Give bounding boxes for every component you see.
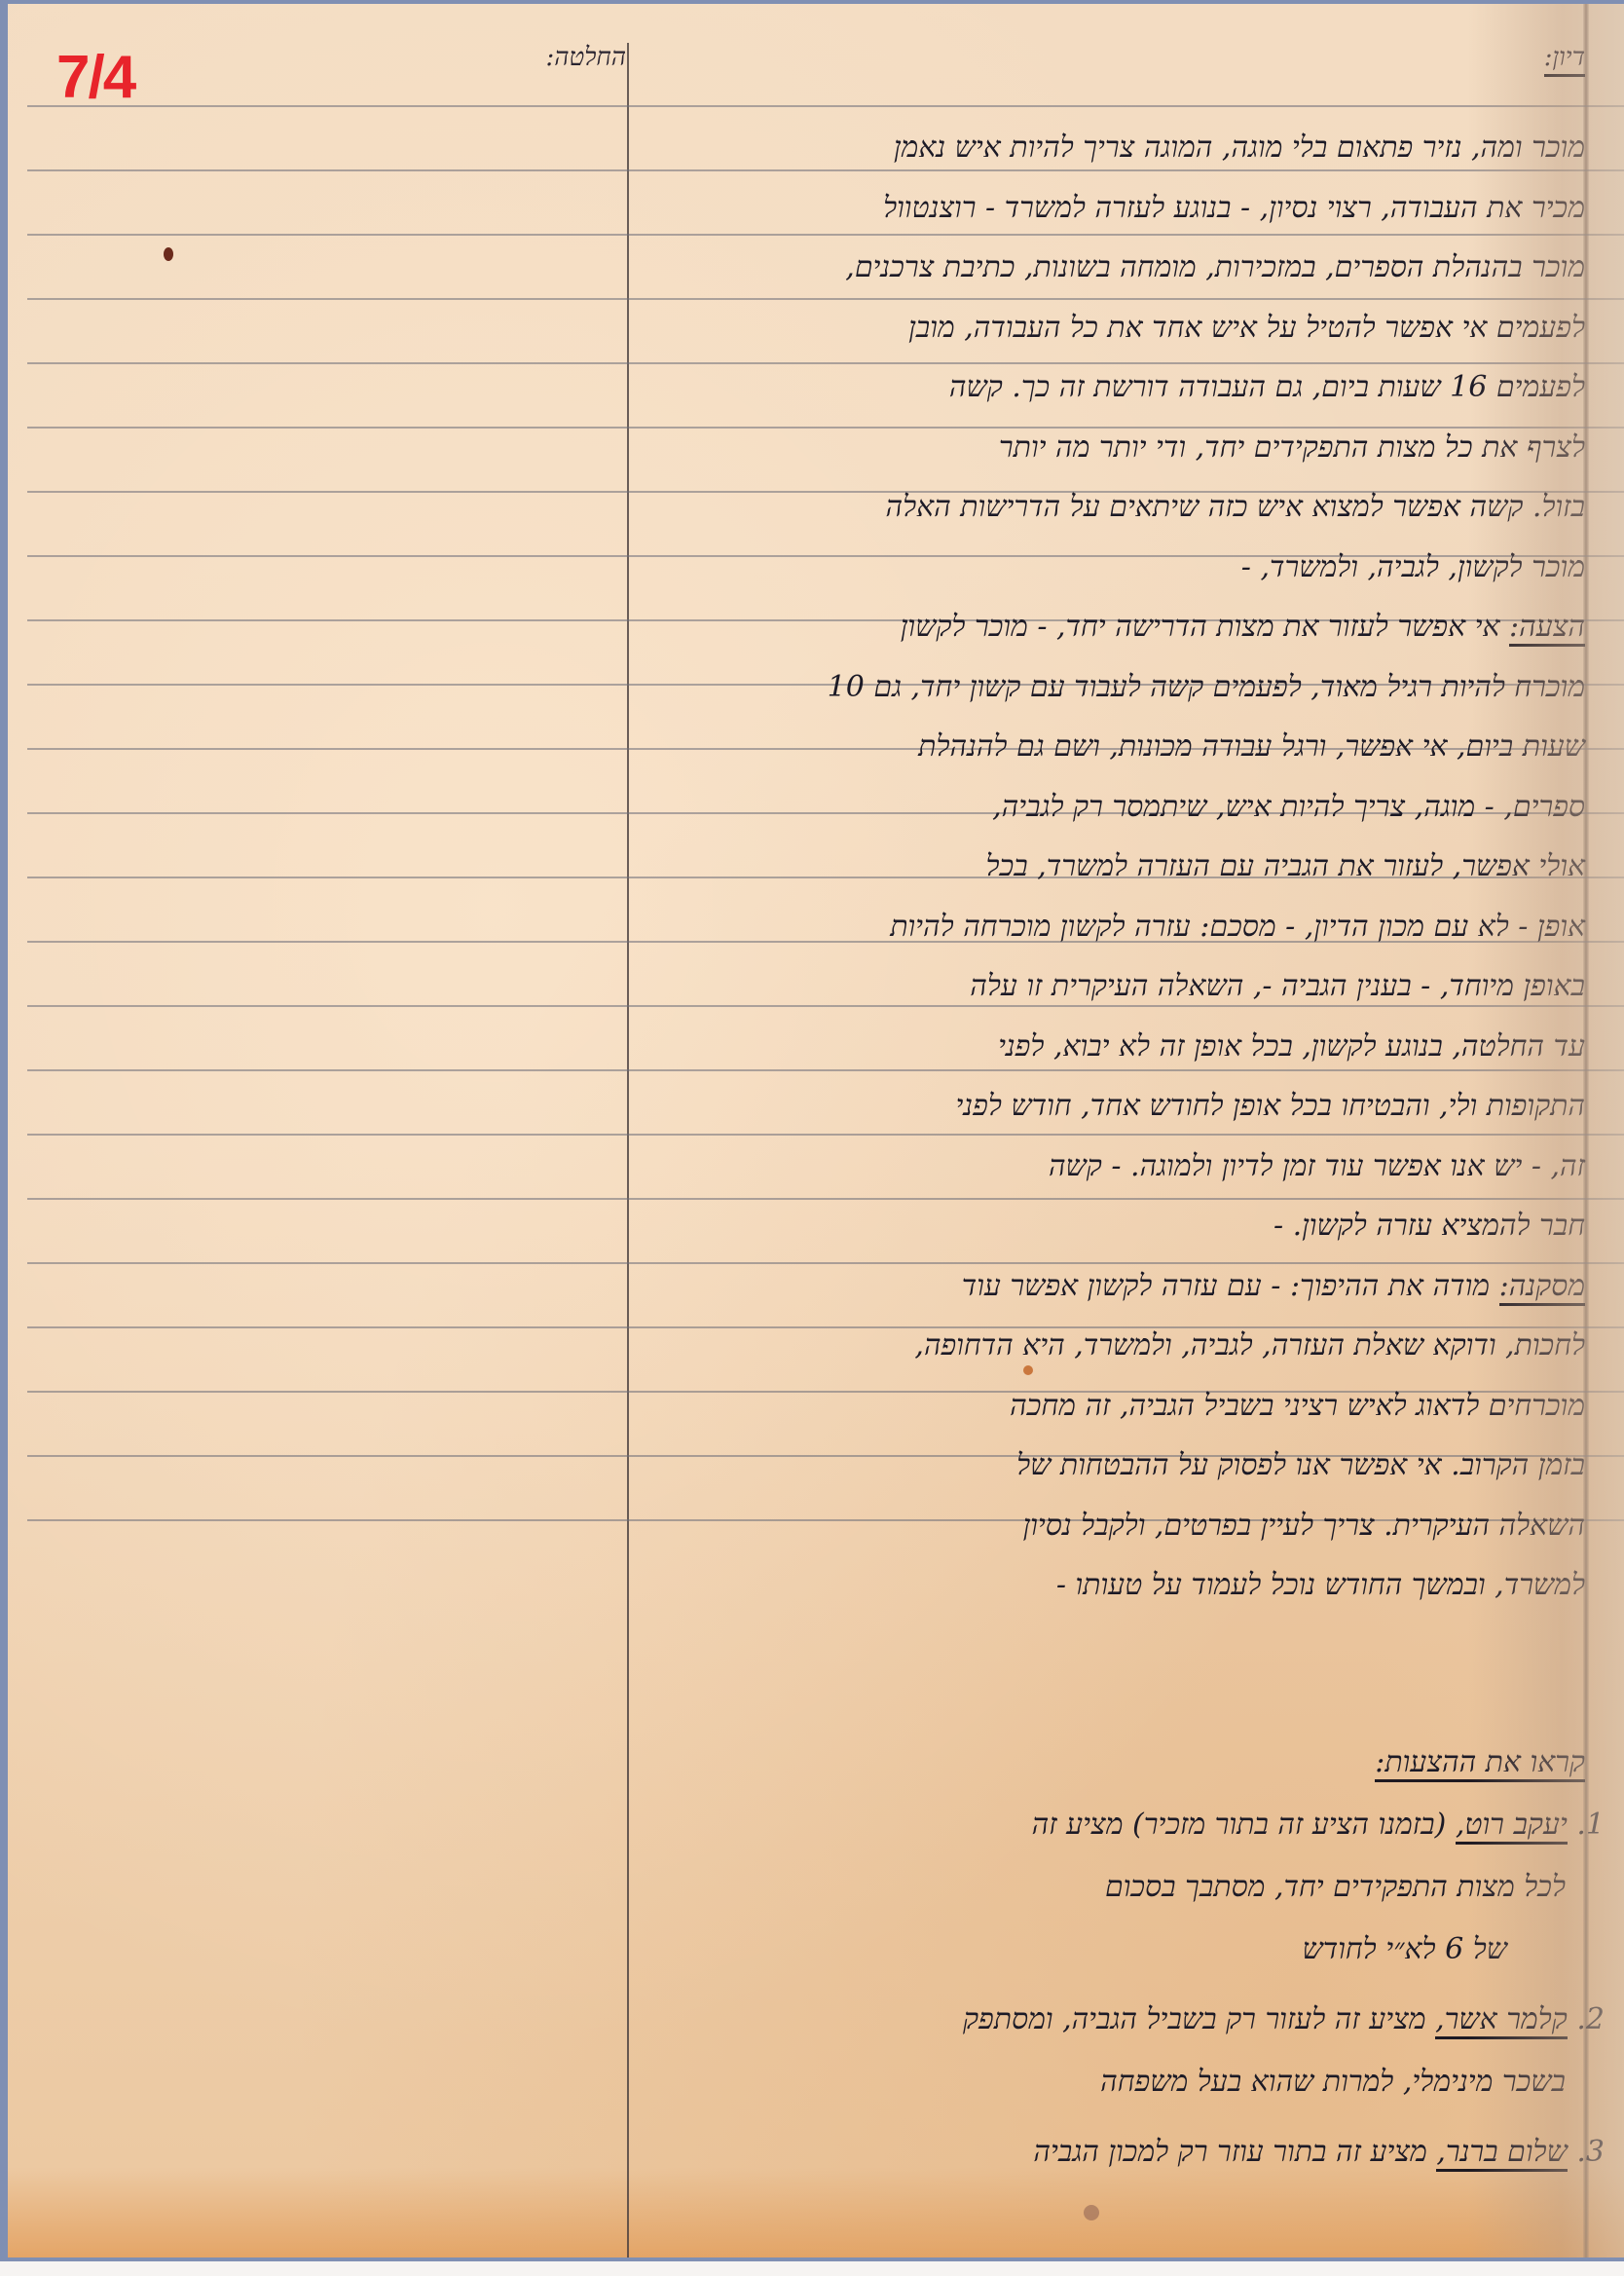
line-text: לצרף את כל מצות התפקידים יחד, ודי יותר מ… <box>999 430 1585 465</box>
handwritten-line: לפעמים 16 שעות ביום, גם העבודה דורשת זה … <box>611 368 1585 407</box>
handwritten-line: מוכרח להיות רגיל מאוד, לפעמים קשה לעבוד … <box>611 668 1585 707</box>
decision-column-header: החלטה: <box>495 43 626 72</box>
proposals-header-text: קראו את ההצעות: <box>1375 1745 1585 1782</box>
proposal-line: בשכר מינימלי, למרות שהוא בעל משפחה <box>1100 2063 1566 2102</box>
line-text: מוכרח להיות רגיל מאוד, לפעמים קשה לעבוד … <box>828 670 1585 704</box>
ruled-line <box>27 1198 1624 1200</box>
handwritten-line: מוכר לקשון, לגביה, ולמשרד, - <box>1241 548 1585 587</box>
line-text: מוכרחים לדאוג לאיש רציני בשביל הגביה, זה… <box>1010 1389 1585 1423</box>
proposal-number: 3. <box>1576 2135 1605 2169</box>
handwritten-line: מוכרחים לדאוג לאיש רציני בשביל הגביה, זה… <box>611 1387 1585 1426</box>
ruled-line <box>27 105 1624 107</box>
line-text: ספרים, - מוגה, צריך להיות איש, שיתמסר רק… <box>992 790 1585 824</box>
handwritten-line: באופן מיוחד, - בענין הגביה -, השאלה העיק… <box>611 967 1585 1006</box>
ruled-line <box>27 362 1624 364</box>
line-text: חבר להמציא עזרה לקשון. - <box>1273 1209 1585 1243</box>
line-text: שעות ביום, אי אפשר, ורגל עבודה מכונות, ו… <box>918 729 1585 764</box>
section-label: הצעה: <box>1509 610 1585 647</box>
handwritten-line: אולי אפשר, לעזור את הגביה עם העזרה למשרד… <box>611 847 1585 886</box>
line-text: השאלה העיקרית. צריך לעיין בפרטים, ולקבל … <box>1023 1509 1585 1543</box>
handwritten-line: הצעה: אי אפשר לעזור את מצות הדרישה יחד, … <box>611 608 1585 647</box>
ruled-line <box>27 234 1624 236</box>
line-text: מודה את ההיפוך: - עם עזרה לקשון אפשר עוד <box>962 1269 1490 1303</box>
ink-spot <box>1084 2205 1099 2220</box>
proposals-header: קראו את ההצעות: <box>1375 1743 1585 1782</box>
line-text: למשרד, ובמשך החודש נוכל לעמוד על טעותו - <box>1056 1568 1585 1602</box>
proposal-text: של 6 לא״י לחודש <box>1303 1932 1507 1966</box>
ink-spot <box>164 247 173 261</box>
proposal-text: מציע זה לעזור רק בשביל הגביה, ומסתפק <box>963 2002 1426 2036</box>
handwritten-line: מוכר ומה, נזיר פתאום בלי מוגה, המוגה צרי… <box>611 129 1585 168</box>
proposal-text: (בזמנו הציע זה בתור מזכיר) מציע זה <box>1032 1808 1447 1842</box>
handwritten-line: לחכות, ודוקא שאלת העזרה, לגביה, ולמשרד, … <box>611 1326 1585 1365</box>
ruled-line <box>27 1069 1624 1071</box>
proposal-line: 3. שלום ברנר, מציע זה בתור עוזר רק למכון… <box>1033 2133 1605 2172</box>
ruled-line <box>27 298 1624 300</box>
ruled-line <box>27 1134 1624 1136</box>
handwritten-line: לצרף את כל מצות התפקידים יחד, ודי יותר מ… <box>611 429 1585 467</box>
line-text: אי אפשר לעזור את מצות הדרישה יחד, - מוכר… <box>901 610 1500 644</box>
proposal-text: בשכר מינימלי, למרות שהוא בעל משפחה <box>1100 2065 1566 2099</box>
handwritten-line: מסקנה: מודה את ההיפוך: - עם עזרה לקשון א… <box>611 1267 1585 1306</box>
line-text: לפעמים 16 שעות ביום, גם העבודה דורשת זה … <box>949 370 1585 404</box>
line-text: בזמן הקרוב. אי אפשר אנו לפסוק על ההבטחות… <box>1016 1448 1585 1482</box>
handwritten-line: בזמן הקרוב. אי אפשר אנו לפסוק על ההבטחות… <box>611 1446 1585 1485</box>
handwritten-line: חבר להמציא עזרה לקשון. - <box>1273 1207 1585 1246</box>
line-text: עד החלטה, בנוגע לקשון, בכל אופן זה לא יב… <box>998 1029 1585 1063</box>
proposal-number: 1. <box>1576 1808 1605 1842</box>
handwritten-line: למשרד, ובמשך החודש נוכל לעמוד על טעותו - <box>1056 1566 1585 1605</box>
handwritten-line: השאלה העיקרית. צריך לעיין בפרטים, ולקבל … <box>611 1507 1585 1546</box>
line-text: התקופות ולי, והבטיחו בכל אופן לחודש אחד,… <box>955 1089 1585 1123</box>
proposal-line: 1. יעקב רוט, (בזמנו הציע זה בתור מזכיר) … <box>1032 1806 1605 1845</box>
proposal-line: לכל מצות התפקידים יחד, מסתבך בסכום <box>1105 1868 1566 1907</box>
ruled-line <box>27 169 1624 171</box>
handwritten-line: מוכר בהנהלת הספרים, במזכירות, מומחה בשונ… <box>611 248 1585 287</box>
handwritten-line: זה, - יש אנו אפשר עוד זמן לדיון ולמוגה. … <box>611 1147 1585 1186</box>
section-label: מסקנה: <box>1499 1269 1585 1306</box>
ruled-line <box>27 1262 1624 1264</box>
proposal-candidate-name: יעקב רוט, <box>1456 1808 1568 1845</box>
notebook-page: 7/4 החלטה: דיון: מוכר ומה, נזיר פתאום בל… <box>8 4 1624 2257</box>
proposal-candidate-name: שלום ברנר, <box>1436 2135 1567 2172</box>
handwritten-line: ספרים, - מוגה, צריך להיות איש, שיתמסר רק… <box>611 788 1585 827</box>
proposal-line: 2. קלמר אשר, מציע זה לעזור רק בשביל הגבי… <box>963 2000 1605 2039</box>
line-text: זה, - יש אנו אפשר עוד זמן לדיון ולמוגה. … <box>1049 1149 1585 1183</box>
line-text: בזול. קשה אפשר למצוא איש כזה שיתאים על ה… <box>886 490 1585 524</box>
proposal-text: מציע זה בתור עוזר רק למכון הגביה <box>1033 2135 1426 2169</box>
handwritten-line: אופן - לא עם מכון הדיון, - מסכם: עזרה לק… <box>611 908 1585 947</box>
line-text: אופן - לא עם מכון הדיון, - מסכם: עזרה לק… <box>890 910 1585 944</box>
line-text: מכיר את העבודה, רצוי נסיון, - בנוגע לעזר… <box>883 191 1585 225</box>
discussion-column-header: דיון: <box>1544 43 1585 77</box>
line-text: באופן מיוחד, - בענין הגביה -, השאלה העיק… <box>970 969 1585 1003</box>
handwritten-line: התקופות ולי, והבטיחו בכל אופן לחודש אחד,… <box>611 1087 1585 1126</box>
line-text: מוכר ומה, נזיר פתאום בלי מוגה, המוגה צרי… <box>894 131 1585 165</box>
proposal-candidate-name: קלמר אשר, <box>1435 2002 1568 2039</box>
ink-spot <box>1023 1365 1033 1375</box>
line-text: לפעמים אי אפשר להטיל על איש אחד את כל הע… <box>908 311 1585 345</box>
line-text: אולי אפשר, לעזור את הגביה עם העזרה למשרד… <box>986 849 1585 883</box>
handwritten-line: לפעמים אי אפשר להטיל על איש אחד את כל הע… <box>611 309 1585 348</box>
proposal-number: 2. <box>1576 2002 1605 2036</box>
handwritten-line: מכיר את העבודה, רצוי נסיון, - בנוגע לעזר… <box>611 189 1585 228</box>
line-text: מוכר בהנהלת הספרים, במזכירות, מומחה בשונ… <box>845 250 1585 284</box>
proposal-text: לכל מצות התפקידים יחד, מסתבך בסכום <box>1105 1870 1566 1904</box>
handwritten-line: עד החלטה, בנוגע לקשון, בכל אופן זה לא יב… <box>611 1027 1585 1066</box>
line-text: לחכות, ודוקא שאלת העזרה, לגביה, ולמשרד, … <box>914 1328 1585 1362</box>
page-number-label: 7/4 <box>56 43 134 112</box>
line-text: מוכר לקשון, לגביה, ולמשרד, - <box>1241 550 1585 584</box>
handwritten-line: בזול. קשה אפשר למצוא איש כזה שיתאים על ה… <box>611 488 1585 527</box>
handwritten-line: שעות ביום, אי אפשר, ורגל עבודה מכונות, ו… <box>611 728 1585 766</box>
proposal-line: של 6 לא״י לחודש <box>1303 1930 1507 1969</box>
